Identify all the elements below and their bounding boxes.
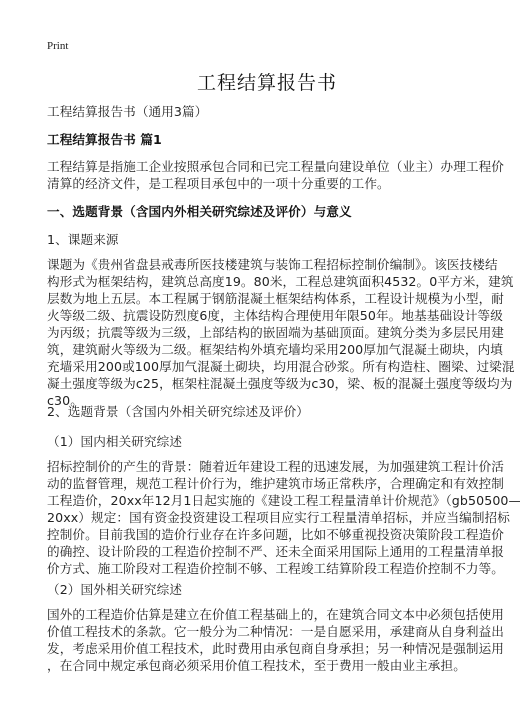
section-title: 工程结算报告书 篇1 [47, 129, 162, 148]
document-subtitle: 工程结算报告书（通用3篇） [47, 101, 207, 120]
heading-selection-background: 2、选题背景（含国内外相关研究综述及评价） [47, 401, 309, 420]
print-label[interactable]: Print [47, 40, 68, 52]
domestic-line: 价方式、施工阶段对工程造价控制不够、工程竣工结算阶段工程造价控制不力等。 [47, 558, 504, 577]
heading-foreign-review: （2）国外相关研究综述 [47, 579, 182, 598]
heading-domestic-review: （1）国内相关研究综述 [47, 431, 182, 450]
intro-line: 清算的经济文件，是工程项目承包中的一项十分重要的工作。 [47, 173, 390, 192]
heading-source: 1、课题来源 [47, 229, 119, 248]
document-title: 工程结算报告书 [47, 68, 487, 95]
heading-background: 一、选题背景（含国内外相关研究综述及评价）与意义 [47, 201, 352, 220]
foreign-line: ，在合同中规定承包商必须采用价值工程技术，至于费用一般由业主承担。 [47, 655, 466, 674]
source-line: 凝土强度等级为c25，框架柱混凝土强度等级为c30，梁、板的混凝土强度等级均为 [47, 373, 512, 392]
